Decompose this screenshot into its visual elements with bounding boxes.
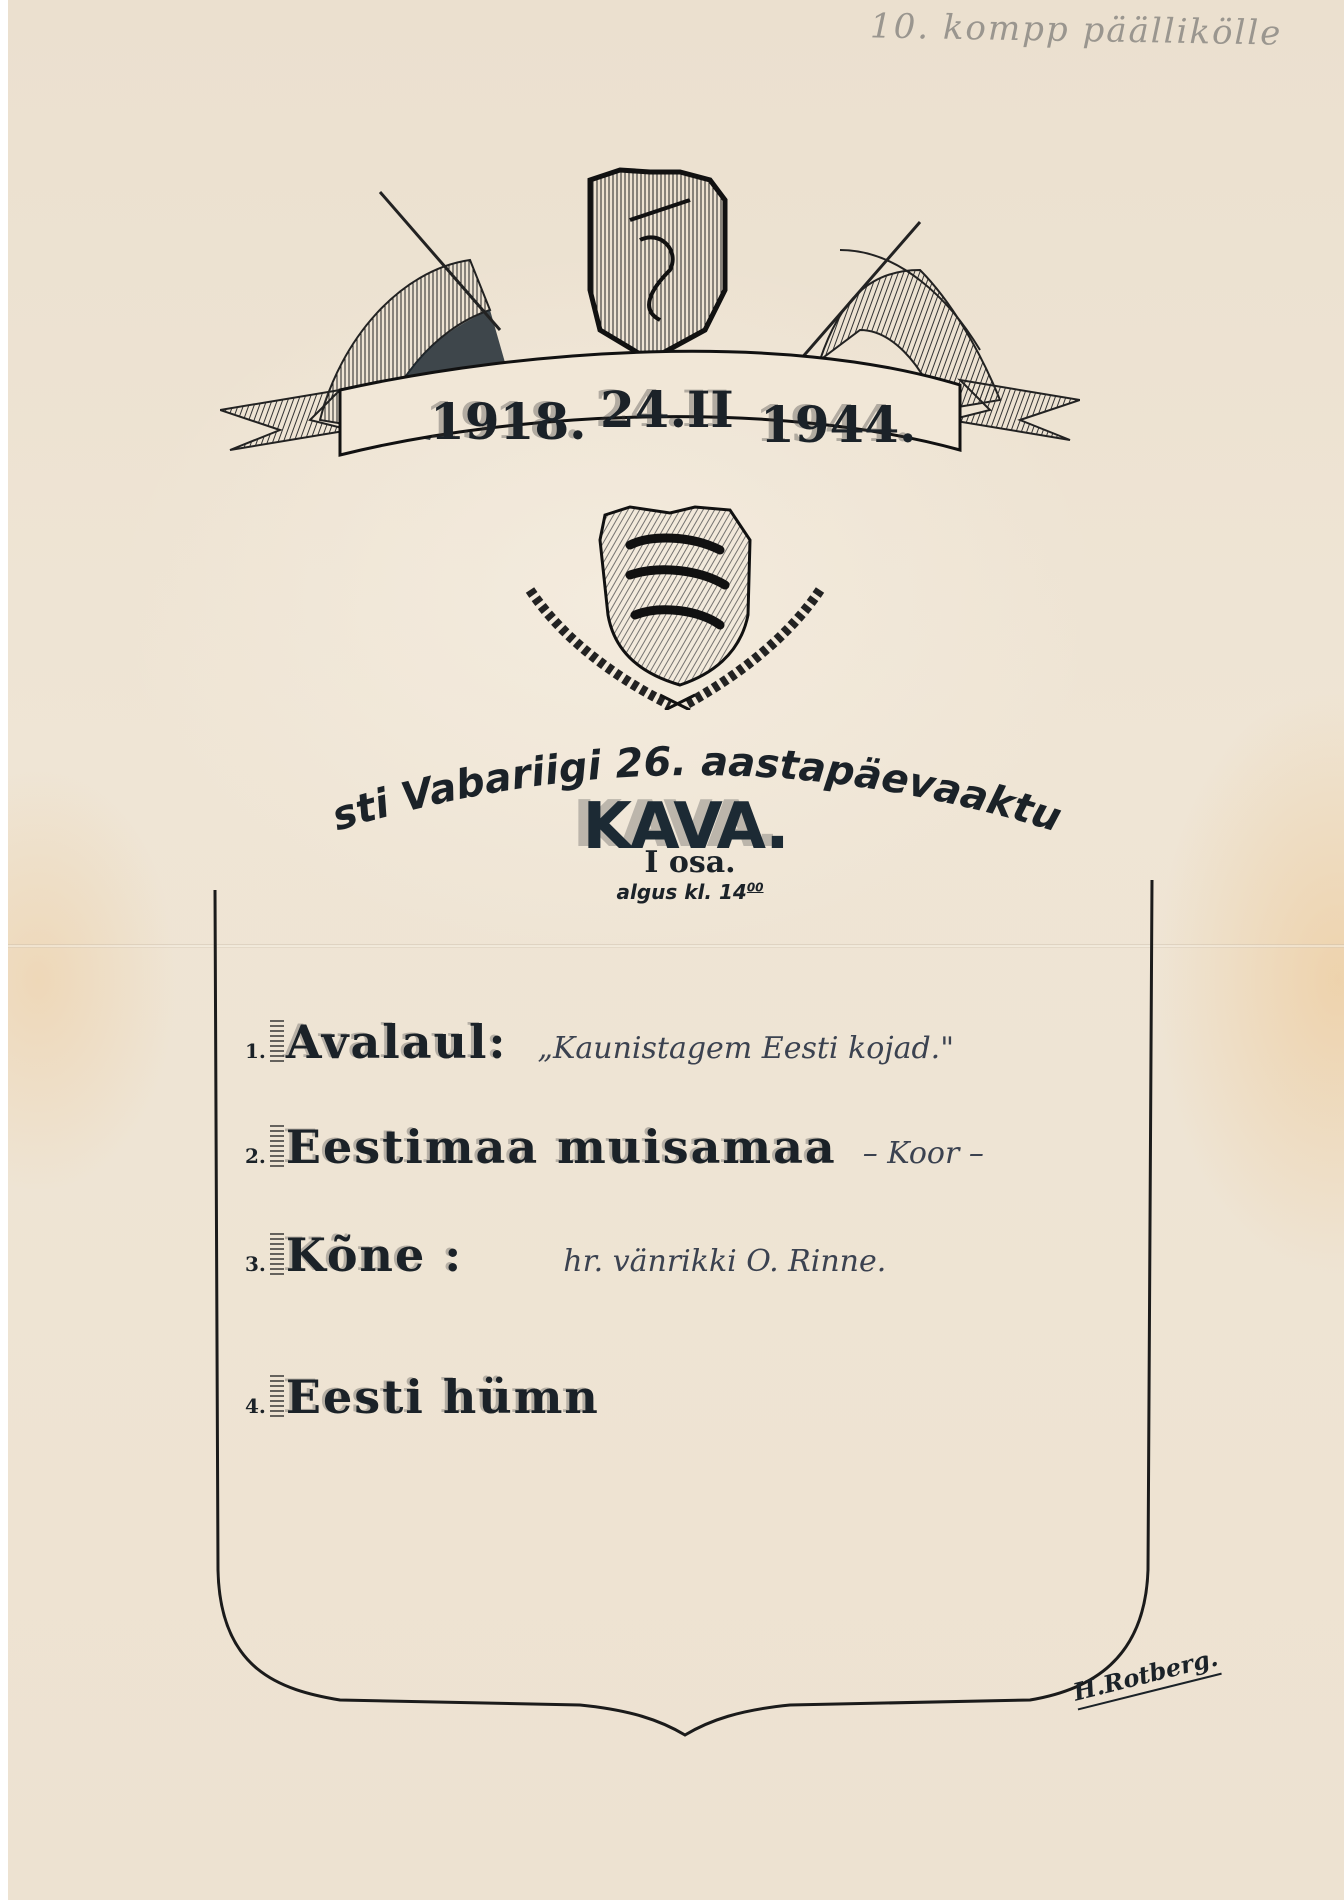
hatch-ornament-icon <box>270 1375 284 1419</box>
item-number: 4. <box>245 1394 266 1418</box>
item-number: 1. <box>245 1039 266 1063</box>
banner-year-start: 1918. <box>430 392 587 451</box>
hatch-ornament-icon <box>270 1125 284 1169</box>
item-detail: hr. vänrikki O. Rinne. <box>563 1244 886 1279</box>
item-title: Kõne : <box>286 1228 463 1282</box>
item-title: Avalaul: <box>286 1015 508 1069</box>
program-item-1: 1. Avalaul: „Kaunistagem Eesti kojad." <box>245 1015 954 1069</box>
pencil-annotation: 10. kompp päällikölle <box>870 6 1283 53</box>
item-title: Eestimaa muisamaa <box>286 1120 837 1174</box>
three-lions-shield-icon <box>520 495 840 710</box>
coat-of-arms-emblem <box>520 495 840 710</box>
shield-outline-icon <box>200 870 1170 1740</box>
program-item-4: 4. Eesti hümn <box>245 1370 600 1424</box>
item-detail: – Koor – <box>863 1136 984 1171</box>
item-number: 2. <box>245 1144 266 1168</box>
item-detail: „Kaunistagem Eesti kojad." <box>537 1031 954 1066</box>
item-number: 3. <box>245 1252 266 1276</box>
banner-year-end: 1944. <box>760 395 917 454</box>
scan-edge <box>0 0 8 1900</box>
program-item-2: 2. Eestimaa muisamaa – Koor – <box>245 1120 984 1174</box>
shield-frame <box>200 870 1170 1740</box>
program-item-3: 3. Kõne : hr. vänrikki O. Rinne. <box>245 1228 886 1282</box>
banner-date: 24.II <box>600 380 734 439</box>
hatch-ornament-icon <box>270 1233 284 1277</box>
item-title: Eesti hümn <box>286 1370 600 1424</box>
hatch-ornament-icon <box>270 1020 284 1064</box>
